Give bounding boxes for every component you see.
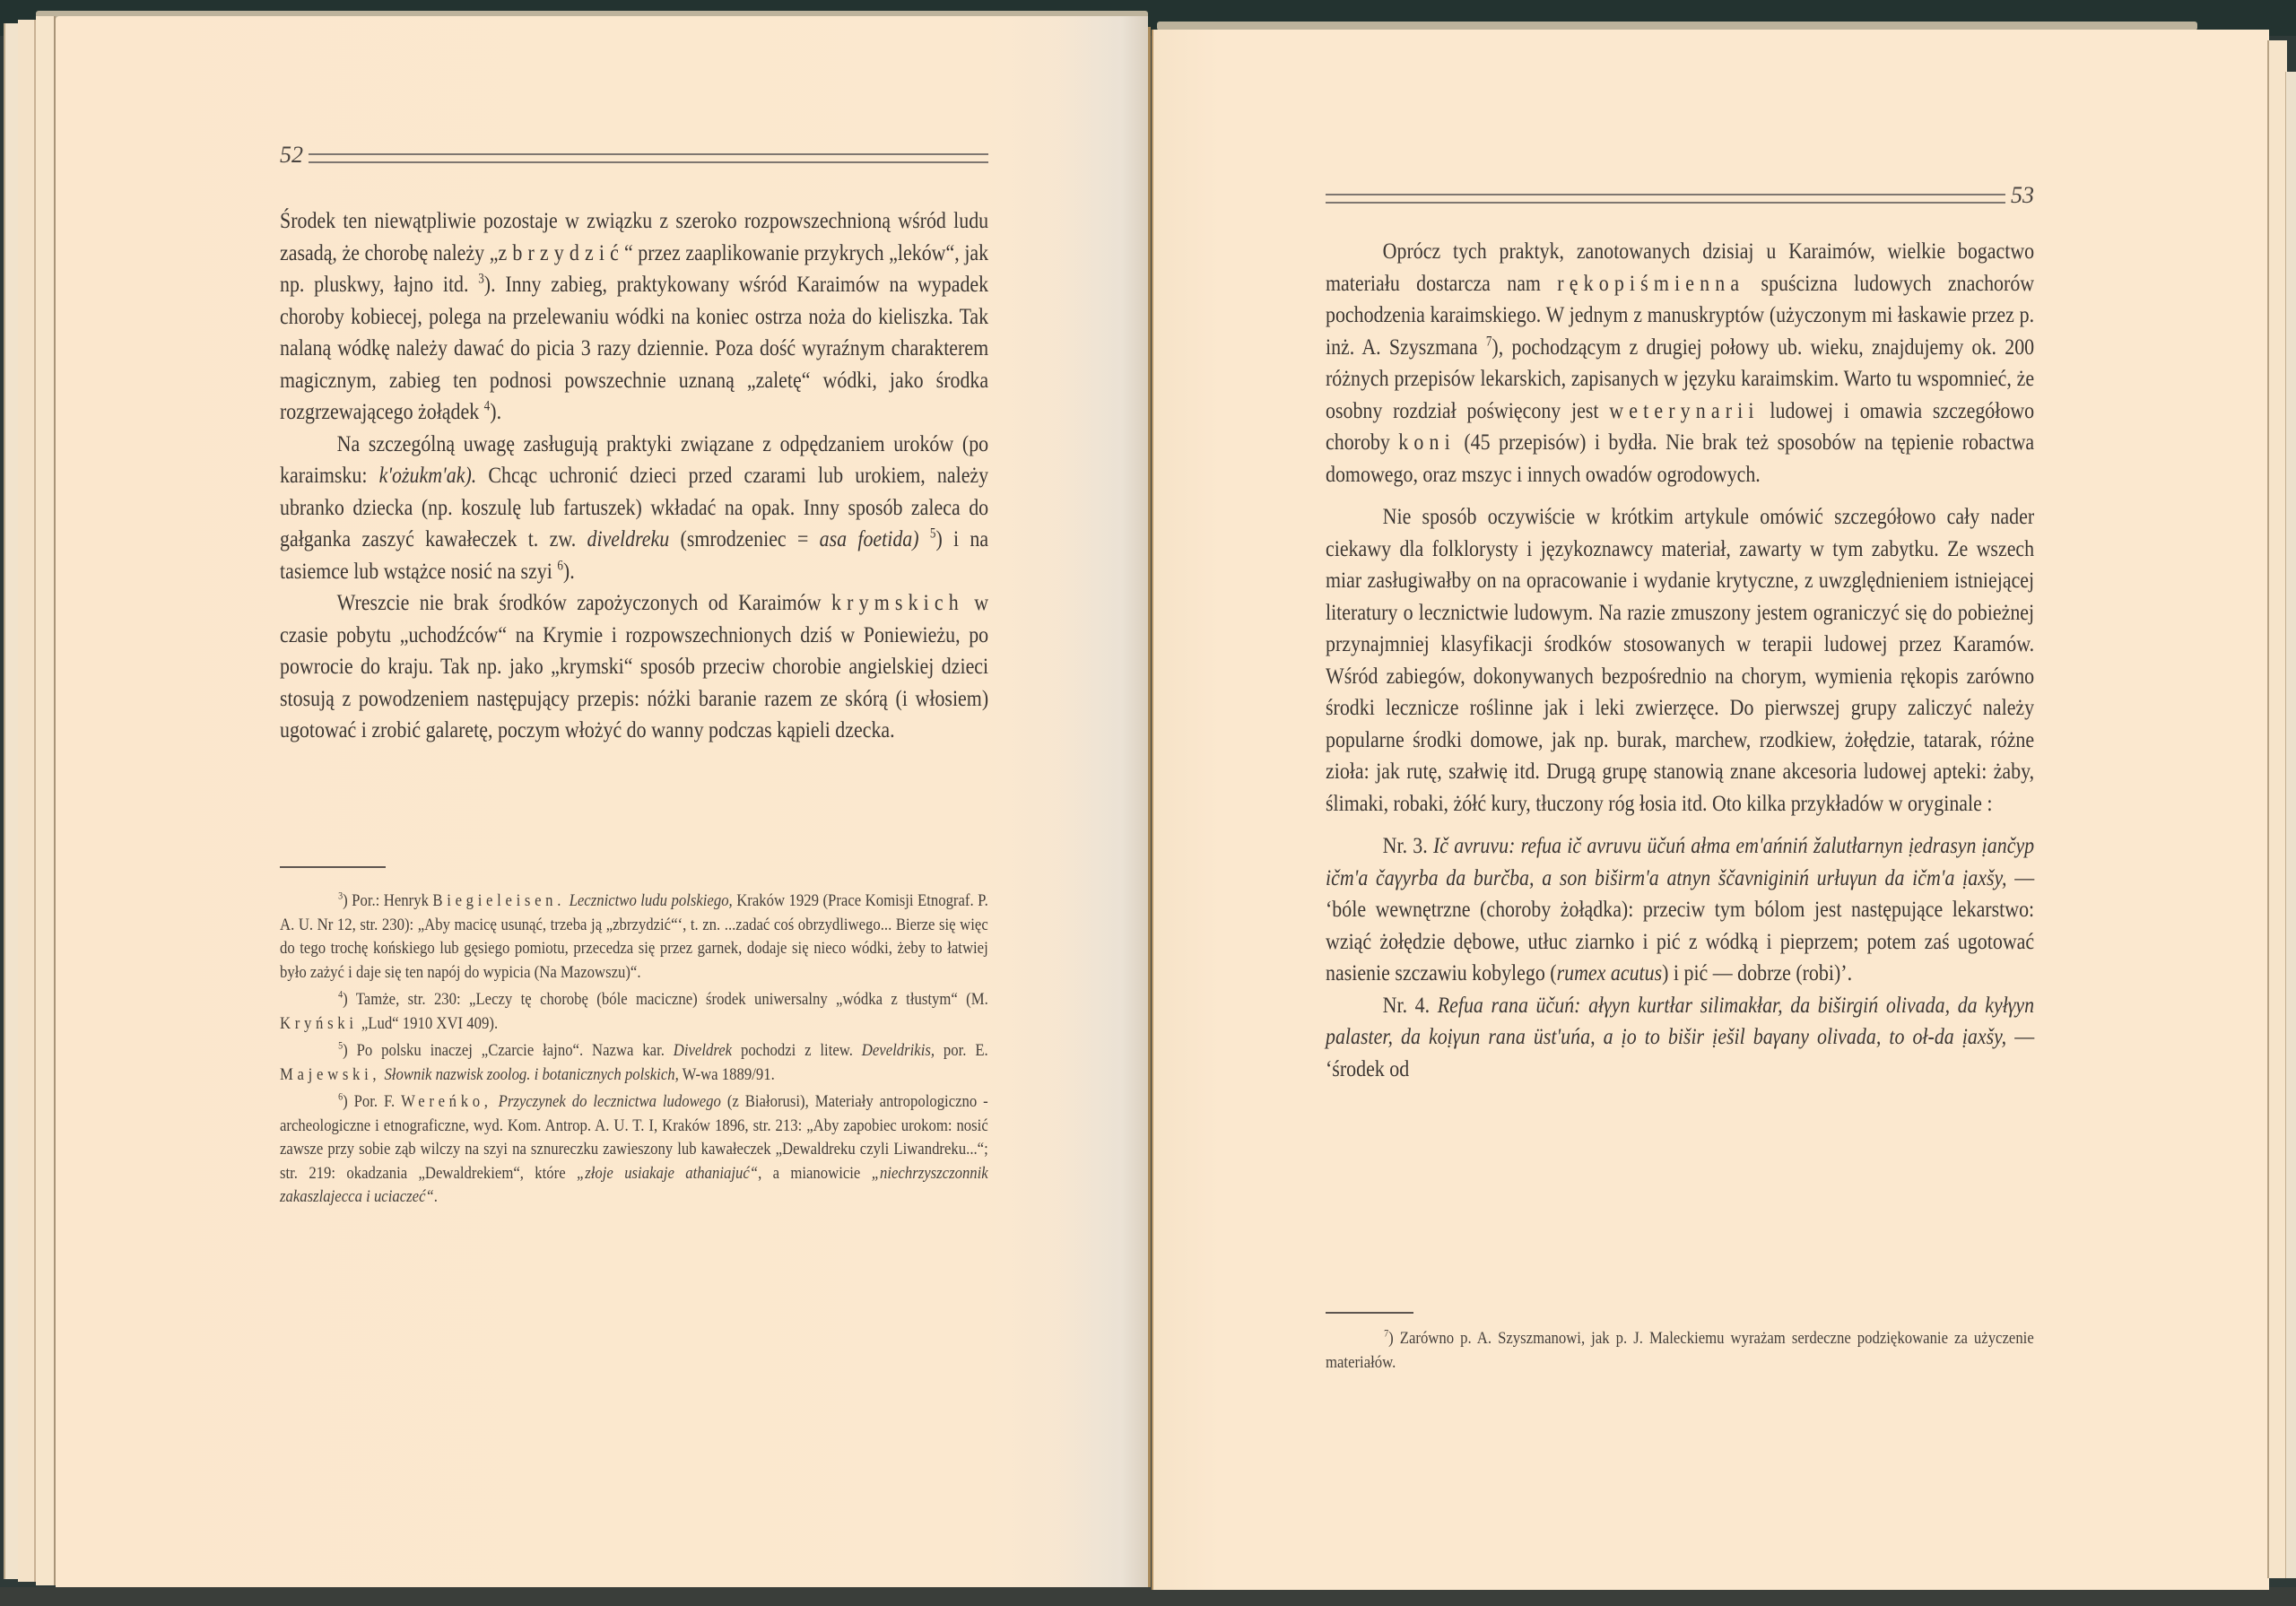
- paragraph: Środek ten niewątpliwie pozostaje w zwią…: [280, 204, 988, 428]
- page-number-left: 52: [280, 143, 303, 167]
- paragraph: Oprócz tych praktyk, zanotowanych dzisia…: [1326, 235, 2034, 490]
- right-page-footnotes: 7) Zarówno p. A. Szyszmanowi, jak p. J. …: [1326, 1327, 2034, 1375]
- left-page-body: Środek ten niewątpliwie pozostaje w zwią…: [280, 204, 988, 746]
- background-bottom: [0, 1587, 2296, 1606]
- left-page-footnotes: 3) Por.: Henryk Biegieleisen. Lecznictwo…: [280, 890, 988, 1210]
- gutter-shadow: [1058, 16, 1148, 1587]
- page-stack-right-2: [2285, 72, 2296, 1578]
- page-number-right: 53: [2011, 184, 2034, 207]
- footnote-rule: [1326, 1312, 1413, 1314]
- footnote: 7) Zarówno p. A. Szyszmanowi, jak p. J. …: [1326, 1327, 2034, 1375]
- footnote: 5) Po polsku inaczej „Czarcie łajno“. Na…: [280, 1039, 988, 1087]
- page-stack-right-1: [2267, 40, 2287, 1578]
- right-page-body: Oprócz tych praktyk, zanotowanych dzisia…: [1326, 235, 2034, 1084]
- footnote: 6) Por. F. Wereńko, Przyczynek do leczni…: [280, 1090, 988, 1210]
- paragraph: Na szczególną uwagę zasługują praktyki z…: [280, 428, 988, 587]
- paragraph: Nie sposób oczywiście w krótkim artykule…: [1326, 500, 2034, 819]
- page-stack-left-2: [18, 20, 36, 1582]
- footnote: 4) Tamże, str. 230: „Leczy tę chorobę (b…: [280, 988, 988, 1036]
- footnote: 3) Por.: Henryk Biegieleisen. Lecznictwo…: [280, 890, 988, 985]
- paragraph: Nr. 3. Ič avruvu: refua ič avruvu üčuń a…: [1326, 829, 2034, 989]
- paragraph: Nr. 4. Refua rana üčuń: ałγyn kurtłar si…: [1326, 989, 2034, 1085]
- running-head-right: 53: [1326, 184, 2034, 207]
- paragraph-gap: [1326, 819, 2034, 829]
- running-head-left: 52: [280, 143, 988, 167]
- double-rule: [309, 153, 988, 163]
- page-stack-left-3: [36, 16, 56, 1585]
- double-rule: [1326, 194, 2005, 204]
- paragraph-gap: [1326, 490, 2034, 500]
- gutter-line: [1148, 27, 1151, 1587]
- footnote-rule: [280, 866, 386, 868]
- paragraph: Wreszcie nie brak środków zapożyczonych …: [280, 586, 988, 746]
